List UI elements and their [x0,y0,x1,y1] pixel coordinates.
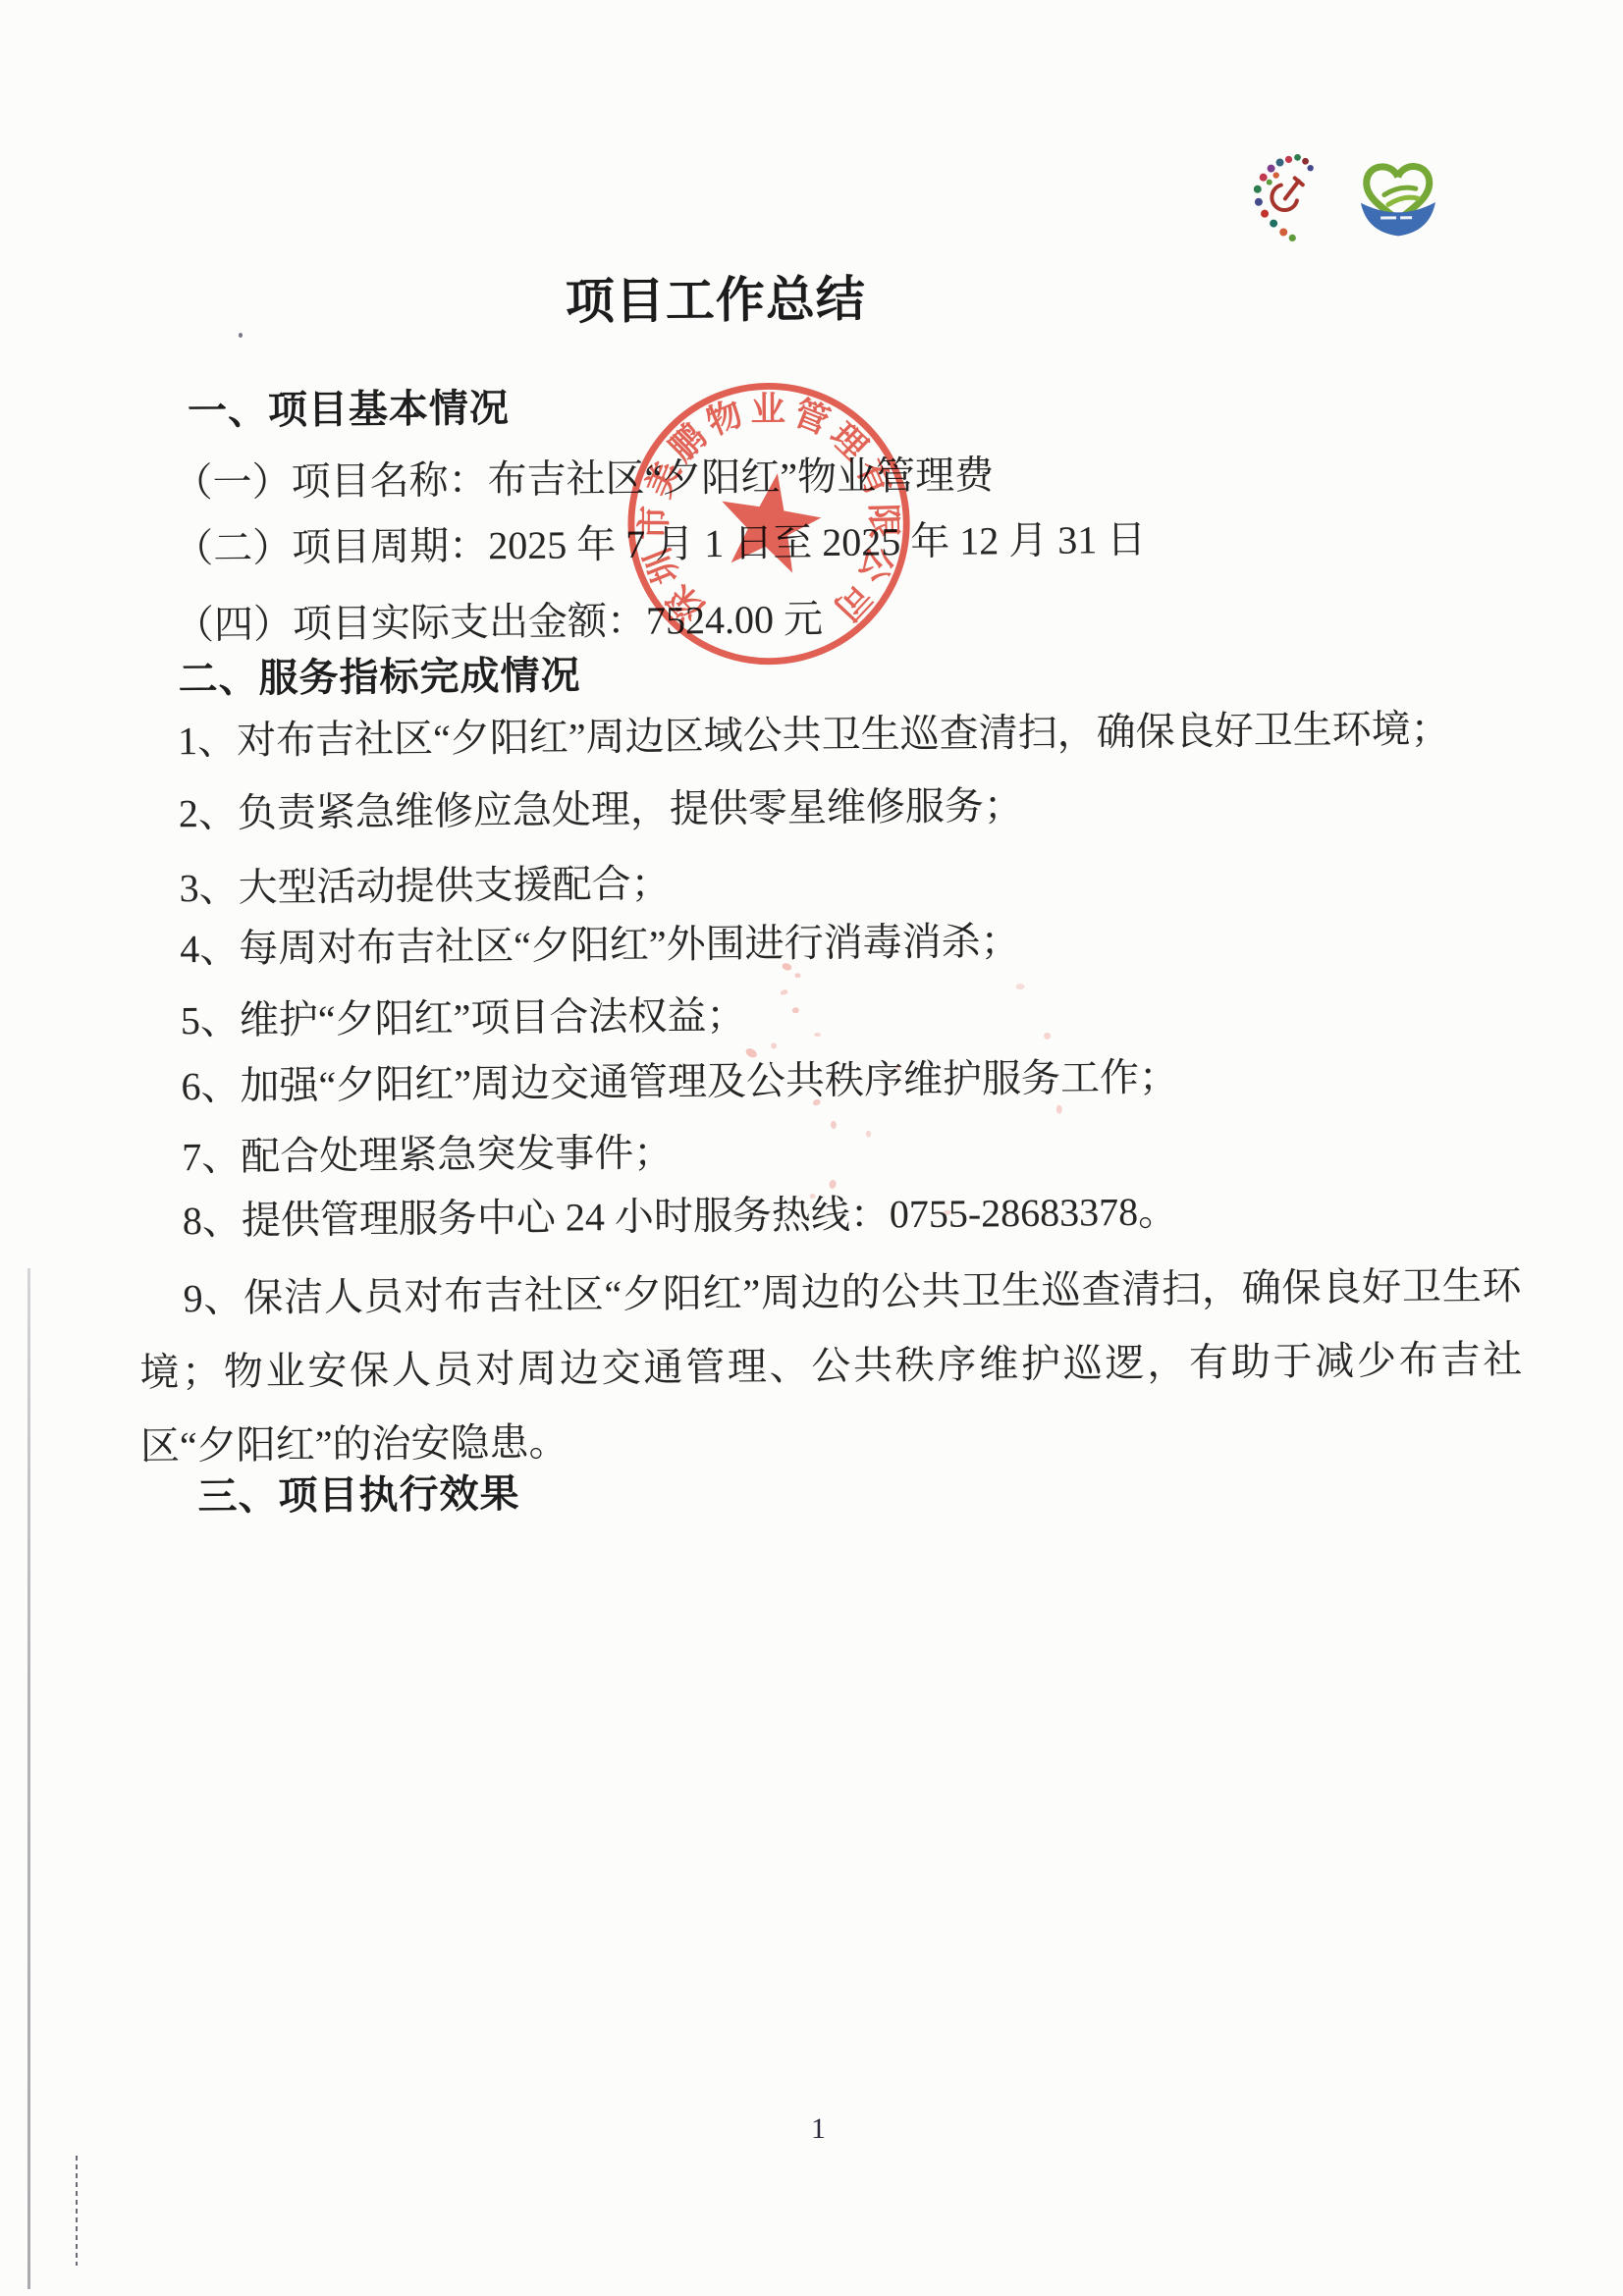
scanned-document-page: 项目工作总结 一、项目基本情况 （一）项目名称：布吉社区“夕阳红”物业管理费 （… [0,0,1623,2296]
page-title: 项目工作总结 [566,269,867,333]
ink-speckle [829,1179,838,1189]
heart-boat-charity-icon [1354,155,1441,240]
ink-speckle [1056,1105,1062,1114]
service-item: 2、负责紧急维修应急处理，提供零星维修服务； [179,780,1023,839]
page-number: 1 [811,2112,826,2146]
section-heading-basic-info: 一、项目基本情况 [188,383,510,437]
party-heart-emblem-icon [1249,151,1315,244]
ink-speckle [794,973,800,978]
ink-speckle [771,1042,777,1048]
ink-speckle [831,1121,837,1129]
section-heading-service-indicators: 二、服务指标完成情况 [178,650,580,705]
service-item: 8、提供管理服务中心 24 小时服务热线：0755-28683378。 [183,1187,1178,1248]
service-item: 5、维护“夕阳红”项目合法权益； [181,990,746,1047]
ink-speckle [1044,1033,1051,1040]
scan-tilt-layer: 项目工作总结 一、项目基本情况 （一）项目名称：布吉社区“夕阳红”物业管理费 （… [0,0,1623,2296]
project-name-line: （一）项目名称：布吉社区“夕阳红”物业管理费 [173,450,994,508]
project-period-line: （二）项目周期：2025 年 7 月 1 日至 2025 年 12 月 31 日 [174,514,1146,575]
ink-speckle [1016,984,1025,989]
service-item: 3、大型活动提供支援配合； [179,859,670,915]
ink-speckle [780,988,788,995]
scan-dust-speck [239,333,243,338]
service-item: 6、加强“夕阳红”周边交通管理及公共秩序维护服务工作； [181,1052,1178,1113]
service-item: 1、对布吉社区“夕阳红”周边区域公共卫生巡查清扫，确保良好卫生环境； [178,704,1450,767]
section-heading-execution-effect: 三、项目执行效果 [197,1468,519,1522]
scan-artifact-line [76,2156,78,2266]
service-item: 7、配合处理紧急突发事件； [182,1127,673,1183]
ink-speckle [814,1033,821,1037]
scan-artifact-line [27,1268,30,2289]
ink-speckle [792,1007,799,1013]
service-item-paragraph: 9、保洁人员对布吉社区“夕阳红”周边的公共卫生巡查清扫，确保良好卫生环境；物业安… [138,1249,1523,1483]
project-expense-line: （四）项目实际支出金额：7524.00 元 [175,594,823,651]
service-item: 4、每周对布吉社区“夕阳红”外围进行消毒消杀； [180,916,1020,975]
ink-speckle [866,1131,871,1138]
